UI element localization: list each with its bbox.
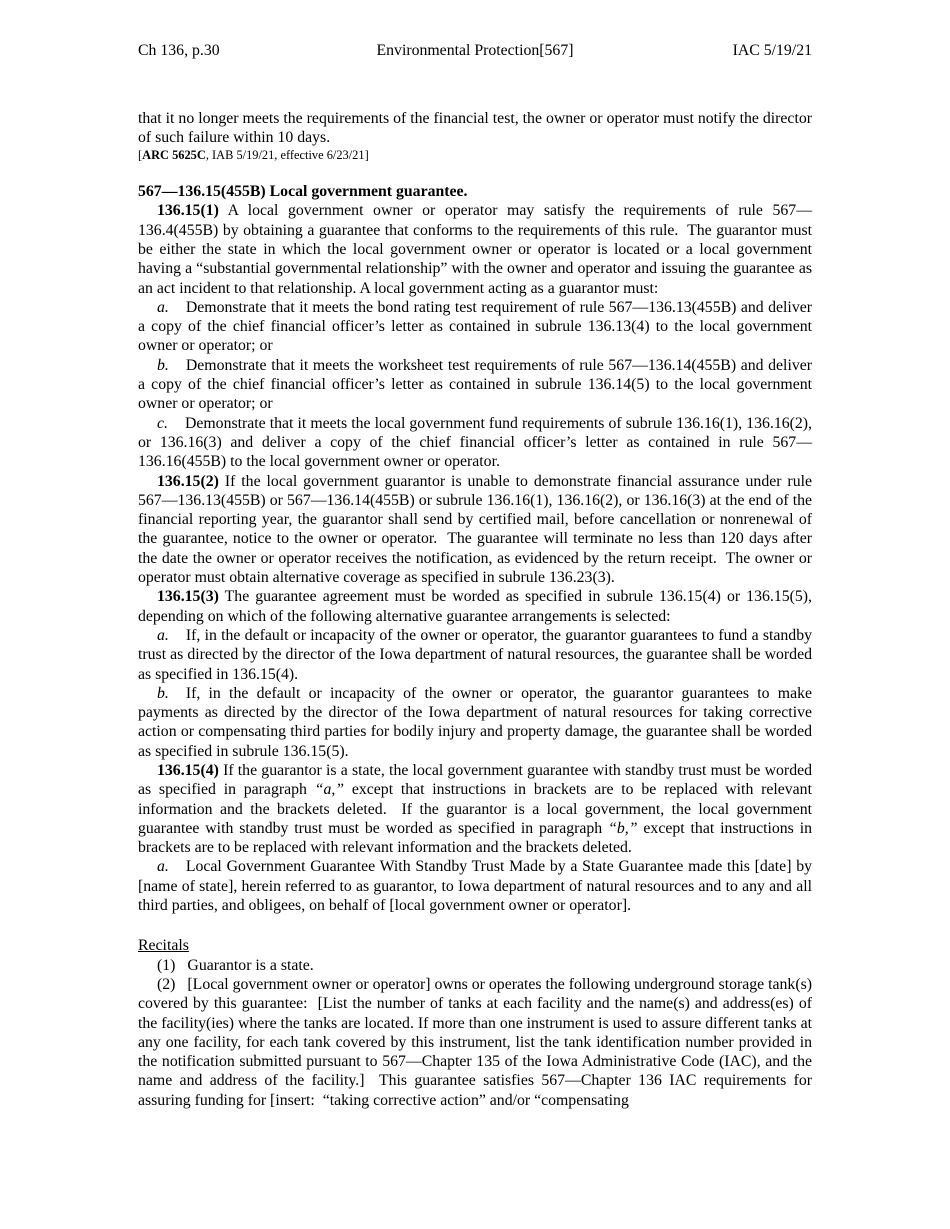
paragraph-136-15-1-b: b.Demonstrate that it meets the workshee… (138, 356, 812, 414)
letter-text: Demonstrate that it meets the worksheet … (138, 357, 816, 413)
recital-item-2: (2)[Local government owner or operator] … (138, 975, 812, 1110)
paragraph-136-15-1: 136.15(1) A local government owner or op… (138, 201, 812, 297)
arc-citation-rest: , IAB 5/19/21, effective 6/23/21] (206, 148, 369, 162)
italic-paragraph-ref-b: “b,” (608, 820, 637, 837)
subrule-text: If the local government guarantor is una… (138, 473, 816, 586)
header-document-title: Environmental Protection[567] (377, 41, 574, 60)
recitals-heading-text: Recitals (138, 937, 189, 954)
letter-text: Demonstrate that it meets the local gove… (138, 415, 816, 471)
recital-text: Guarantor is a state. (187, 957, 313, 974)
recital-item-1: (1)Guarantor is a state. (138, 956, 812, 975)
paragraph-136-15-3-a: a.If, in the default or incapacity of th… (138, 626, 812, 684)
letter-text: Local Government Guarantee With Standby … (138, 858, 816, 914)
header-iac-date: IAC 5/19/21 (573, 41, 812, 60)
recital-text: [Local government owner or operator] own… (138, 976, 816, 1109)
subrule-number: 136.15(3) (157, 588, 219, 605)
subrule-number: 136.15(4) (157, 762, 219, 779)
paragraph-136-15-4: 136.15(4) If the guarantor is a state, t… (138, 761, 812, 857)
subrule-text: A local government owner or operator may… (138, 202, 816, 296)
letter-marker: b. (157, 357, 169, 374)
recital-number: (1) (157, 957, 175, 974)
letter-marker: a. (157, 627, 169, 644)
arc-code: ARC 5625C (142, 148, 206, 162)
letter-text: Demonstrate that it meets the bond ratin… (138, 299, 816, 355)
subrule-text: The guarantee agreement must be worded a… (138, 588, 816, 624)
italic-paragraph-ref-a: “a,” (315, 781, 344, 798)
paragraph-136-15-1-a: a.Demonstrate that it meets the bond rat… (138, 298, 812, 356)
paragraph-136-15-2: 136.15(2) If the local government guaran… (138, 472, 812, 588)
paragraph-136-15-4-a: a.Local Government Guarantee With Standb… (138, 857, 812, 915)
continuation-text: that it no longer meets the requirements… (138, 110, 816, 146)
page-header: Ch 136, p.30 Environmental Protection[56… (138, 41, 812, 60)
subrule-number: 136.15(1) (157, 202, 219, 219)
letter-marker: b. (157, 685, 169, 702)
paragraph-136-15-3-b: b.If, in the default or incapacity of th… (138, 684, 812, 761)
letter-marker: c. (157, 415, 168, 432)
header-chapter-page: Ch 136, p.30 (138, 41, 377, 60)
letter-text: If, in the default or incapacity of the … (138, 627, 816, 683)
arc-citation-line: [ARC 5625C, IAB 5/19/21, effective 6/23/… (138, 148, 812, 163)
paragraph-136-15-3: 136.15(3) The guarantee agreement must b… (138, 587, 812, 626)
paragraph-continuation: that it no longer meets the requirements… (138, 109, 812, 148)
subrule-number: 136.15(2) (157, 473, 219, 490)
letter-marker: a. (157, 858, 169, 875)
document-body: that it no longer meets the requirements… (138, 109, 812, 1110)
paragraph-136-15-1-c: c.Demonstrate that it meets the local go… (138, 414, 812, 472)
recital-number: (2) (157, 976, 175, 993)
letter-marker: a. (157, 299, 169, 316)
letter-text: If, in the default or incapacity of the … (138, 685, 816, 760)
rule-heading: 567—136.15(455B) Local government guaran… (138, 182, 812, 201)
recitals-heading: Recitals (138, 936, 812, 955)
document-page: Ch 136, p.30 Environmental Protection[56… (0, 0, 950, 1229)
